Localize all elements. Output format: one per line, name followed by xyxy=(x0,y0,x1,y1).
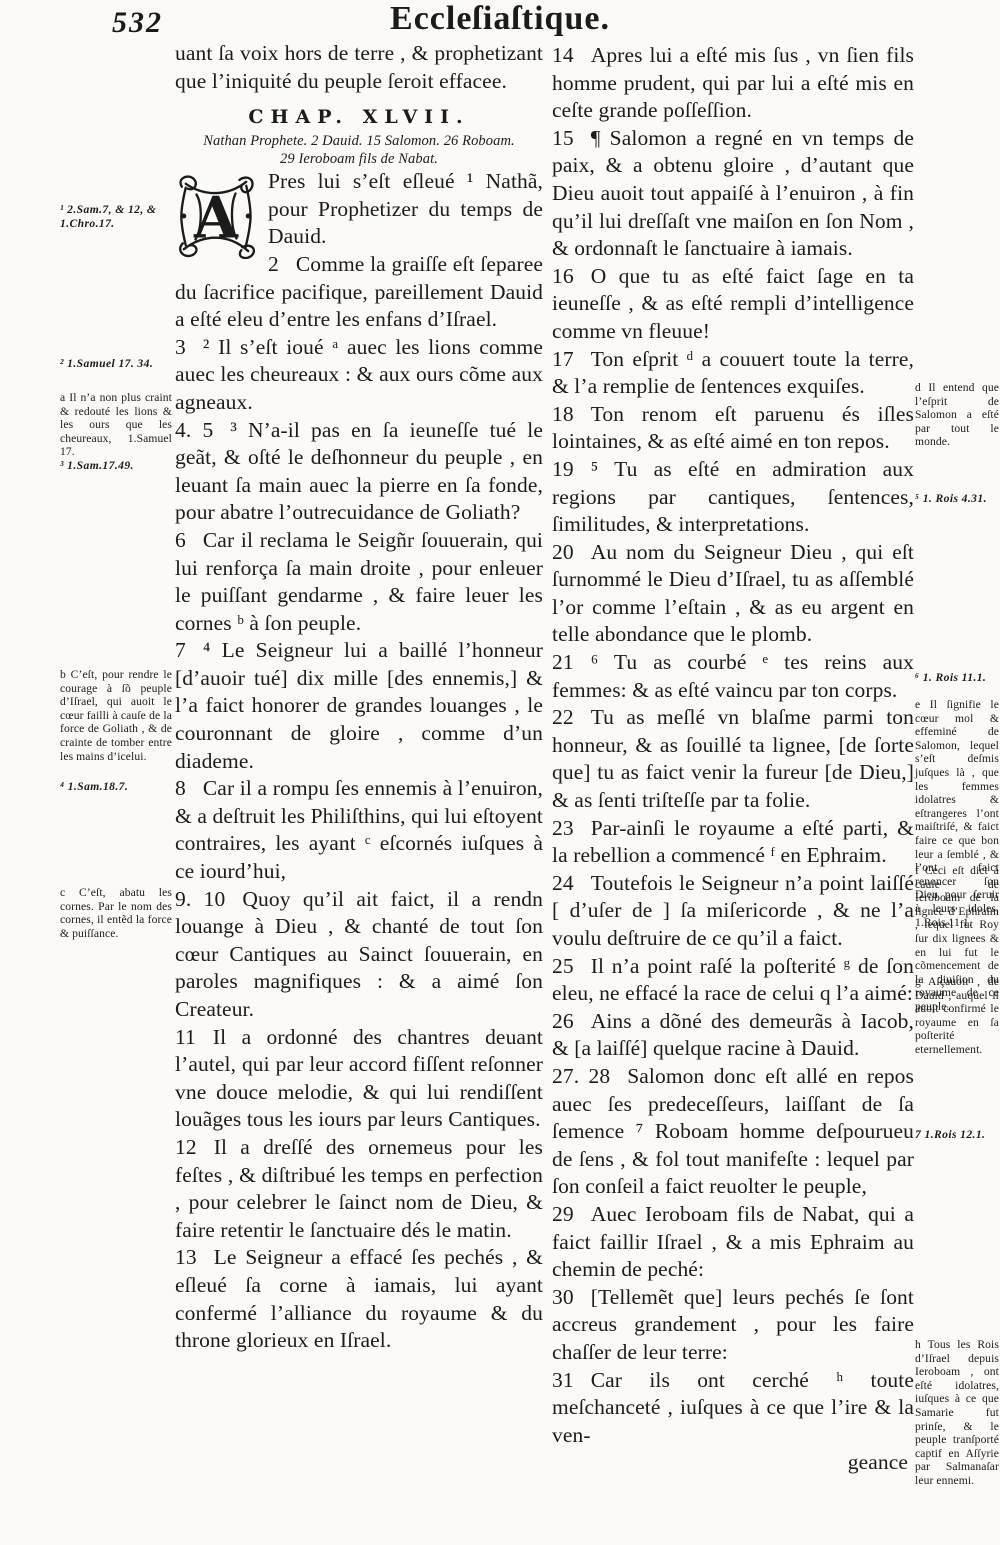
margin-note: ¹ 2.Sam.7, & 12, & 1.Chro.17. xyxy=(60,203,172,230)
verse-text: Ton eſprit ᵈ a couuert toute la terre, &… xyxy=(552,347,914,399)
verse-number: 3 xyxy=(175,335,186,359)
verse-text: ² Il s’eſt ioué ᵃ auec les lions comme a… xyxy=(175,335,543,414)
margin-note: ³ 1.Sam.17.49. xyxy=(60,459,172,473)
verse-number: 30 xyxy=(552,1285,574,1309)
verse-number: 19 xyxy=(552,457,574,481)
verse: 29Auec Ieroboam fils de Nabat, qui a fai… xyxy=(552,1201,914,1284)
verse-number: 31 xyxy=(552,1368,574,1392)
verse-number: 13 xyxy=(175,1245,197,1269)
verse-text: Car il a rompu ſes ennemis à l’enuiron, … xyxy=(175,776,543,883)
verse: 15¶ Salomon a regné en vn temps de paix,… xyxy=(552,125,914,263)
verse-number: 2 xyxy=(268,252,279,276)
verse: 22Tu as meſlé vn blaſme parmi ton honneu… xyxy=(552,704,914,814)
verse-text: Il a dreſſé des ornemeus pour les feſtes… xyxy=(175,1135,543,1242)
verse-number: 7 xyxy=(175,638,186,662)
verse-number: 26 xyxy=(552,1009,574,1033)
verse: 3² Il s’eſt ioué ᵃ auec les lions comme … xyxy=(175,334,543,417)
verse-text: Il n’a point raſé la poſterité ᵍ de ſon … xyxy=(552,954,914,1006)
verse-text: ¶ Salomon a regné en vn temps de paix, &… xyxy=(552,126,914,260)
margin-note: ⁴ 1.Sam.18.7. xyxy=(60,780,172,794)
verse: 16O que tu as eſté faict ſage en ta ieun… xyxy=(552,263,914,346)
verse-number: 27. 28 xyxy=(552,1064,610,1088)
verse-number: 25 xyxy=(552,954,574,978)
verse-text: Par-ainſi le royaume a eſté parti, & la … xyxy=(552,816,914,868)
verse-number: 24 xyxy=(552,871,574,895)
verse: 12Il a dreſſé des ornemeus pour les feſt… xyxy=(175,1134,543,1244)
verse: 31Car ils ont cerché ʰ toute meſchanceté… xyxy=(552,1367,914,1450)
verse: 17Ton eſprit ᵈ a couuert toute la terre,… xyxy=(552,346,914,401)
chapter-argument-line: 29 Ieroboam fils de Nabat. xyxy=(175,151,543,169)
verse: 30[Tellemẽt que] leurs pechés ſe ſont ac… xyxy=(552,1284,914,1367)
verse-text: ⁴ Le Seigneur lui a baillé l’honneur [d’… xyxy=(175,638,543,772)
verse-number: 8 xyxy=(175,776,186,800)
verse: 13Le Seigneur a effacé ſes pechés , & eſ… xyxy=(175,1244,543,1354)
verse-number: 12 xyxy=(175,1135,197,1159)
verse-text: Ains a dõné des demeurãs à Iacob, & [a l… xyxy=(552,1009,914,1061)
verse-number: 14 xyxy=(552,43,574,67)
margin-note: 7 1.Rois 12.1. xyxy=(915,1128,999,1142)
margin-note: ² 1.Samuel 17. 34. xyxy=(60,357,172,371)
verse: 20Au nom du Seigneur Dieu , qui eſt ſurn… xyxy=(552,539,914,649)
verse-text: Il a ordonné des chantres deuant l’autel… xyxy=(175,1025,543,1132)
verse-text: Au nom du Seigneur Dieu , qui eſt ſurnom… xyxy=(552,540,914,647)
verse: 2Comme la graiſſe eſt ſeparee du ſacrifi… xyxy=(175,251,543,334)
verse-number: 6 xyxy=(175,528,186,552)
verse-text: Toutefois le Seigneur n’a point laiſſé [… xyxy=(552,871,914,950)
verse-number: 15 xyxy=(552,126,574,150)
catchword: geance xyxy=(552,1449,914,1477)
verse-number: 18 xyxy=(552,402,574,426)
verse-continuation: uant ſa voix hors de terre , & prophetiz… xyxy=(175,40,543,95)
scanned-book-page: 532 Eccleſiaſtique. ¹ 2.Sam.7, & 12, & 1… xyxy=(0,0,1000,1545)
verse-text: ⁵ Tu as eſté en admiration aux regions p… xyxy=(552,457,914,536)
verse-number: 4. 5 xyxy=(175,418,213,442)
right-margin-notes: d Il entend que l’eſprit de Salomon a eſ… xyxy=(915,0,999,1545)
verse-text: Apres lui a eſté mis ſus , vn ſien fils … xyxy=(552,43,914,122)
chapter-argument-line: Nathan Prophete. 2 Dauid. 15 Salomon. 26… xyxy=(175,133,543,151)
verse: 9. 10Quoy qu’il ait faict, il a rendn lo… xyxy=(175,886,543,1024)
verse-text: Car ils ont cerché ʰ toute meſchanceté ,… xyxy=(552,1368,914,1447)
verse-number: 23 xyxy=(552,816,574,840)
verse-text: Ton renom eſt paruenu és iſles lointaine… xyxy=(552,402,914,454)
margin-note: d Il entend que l’eſprit de Salomon a eſ… xyxy=(915,381,999,449)
margin-note: g Aſçauoir , de Dauid , auquel il auoit … xyxy=(915,975,999,1057)
verse: 11Il a ordonné des chantres deuant l’aut… xyxy=(175,1024,543,1134)
verse-text: Comme la graiſſe eſt ſeparee du ſacrific… xyxy=(175,252,543,331)
chapter-heading: CHAP. XLVII. xyxy=(175,105,543,129)
verse-number: 22 xyxy=(552,705,574,729)
verse: 4. 5³ N’a-il pas en ſa ieuneſſe tué le g… xyxy=(175,417,543,527)
verse-text: Tu as meſlé vn blaſme parmi ton honneur,… xyxy=(552,705,914,812)
verse-text: Pres lui s’eſt eſleué ¹ Nathã, pour Prop… xyxy=(268,169,543,248)
verse-text: ⁶ Tu as courbé ᵉ tes reins aux femmes: &… xyxy=(552,650,914,702)
verse-text: ³ N’a-il pas en ſa ieuneſſe tué le geãt,… xyxy=(175,418,543,525)
verse: 23Par-ainſi le royaume a eſté parti, & l… xyxy=(552,815,914,870)
verse-text: Quoy qu’il ait faict, il a rendn louange… xyxy=(175,887,543,1021)
verse-number: 21 xyxy=(552,650,574,674)
drop-cap-letter: A xyxy=(193,186,239,252)
verse: 6Car il reclama le Seigñr ſouuerain, qui… xyxy=(175,527,543,637)
verse-number: 17 xyxy=(552,347,574,371)
verse: 18Ton renom eſt paruenu és iſles lointai… xyxy=(552,401,914,456)
margin-note: h Tous les Rois d’Iſrael depuis Ieroboam… xyxy=(915,1338,999,1488)
text-column-left: uant ſa voix hors de terre , & prophetiz… xyxy=(175,40,543,1355)
margin-note: b C’eſt, pour rendre le courage à ſõ peu… xyxy=(60,668,172,763)
verse: 19⁵ Tu as eſté en admiration aux regions… xyxy=(552,456,914,539)
verse-number: 9. 10 xyxy=(175,887,225,911)
ornamental-drop-cap: A xyxy=(175,173,257,259)
verse-text: Le Seigneur a effacé ſes pechés , & eſle… xyxy=(175,1245,543,1352)
verse-number: 20 xyxy=(552,540,574,564)
verse-text: Car il reclama le Seigñr ſouuerain, qui … xyxy=(175,528,543,635)
verse: A Pres lui s’eſt eſleué ¹ Nathã, pour Pr… xyxy=(175,168,543,251)
verse: 25Il n’a point raſé la poſterité ᵍ de ſo… xyxy=(552,953,914,1008)
margin-note: ⁵ 1. Rois 4.31. xyxy=(915,492,999,506)
verse: 21⁶ Tu as courbé ᵉ tes reins aux femmes:… xyxy=(552,649,914,704)
verse-text: [Tellemẽt que] leurs pechés ſe ſont accr… xyxy=(552,1285,914,1364)
verse-text: Auec Ieroboam fils de Nabat, qui a faict… xyxy=(552,1202,914,1281)
verse: 26Ains a dõné des demeurãs à Iacob, & [a… xyxy=(552,1008,914,1063)
margin-note: a Il n’a non plus craint & redouté les l… xyxy=(60,391,172,459)
margin-note: c C’eſt, abatu les cornes. Par le nom de… xyxy=(60,886,172,940)
verse-number: 11 xyxy=(175,1025,196,1049)
verse: 7⁴ Le Seigneur lui a baillé l’honneur [d… xyxy=(175,637,543,775)
verse: 24Toutefois le Seigneur n’a point laiſſé… xyxy=(552,870,914,953)
verse-text: O que tu as eſté faict ſage en ta ieuneſ… xyxy=(552,264,914,343)
verse-number: 29 xyxy=(552,1202,574,1226)
verse: 14Apres lui a eſté mis ſus , vn ſien fil… xyxy=(552,42,914,125)
text-column-right: 14Apres lui a eſté mis ſus , vn ſien fil… xyxy=(552,42,914,1477)
margin-note: ⁶ 1. Rois 11.1. xyxy=(915,671,999,685)
verse: 27. 28Salomon donc eſt allé en repos aue… xyxy=(552,1063,914,1201)
verse-number: 16 xyxy=(552,264,574,288)
left-margin-notes: ¹ 2.Sam.7, & 12, & 1.Chro.17. ² 1.Samuel… xyxy=(60,0,172,1545)
verse: 8Car il a rompu ſes ennemis à l’enuiron,… xyxy=(175,775,543,885)
chapter-argument: Nathan Prophete. 2 Dauid. 15 Salomon. 26… xyxy=(175,133,543,168)
